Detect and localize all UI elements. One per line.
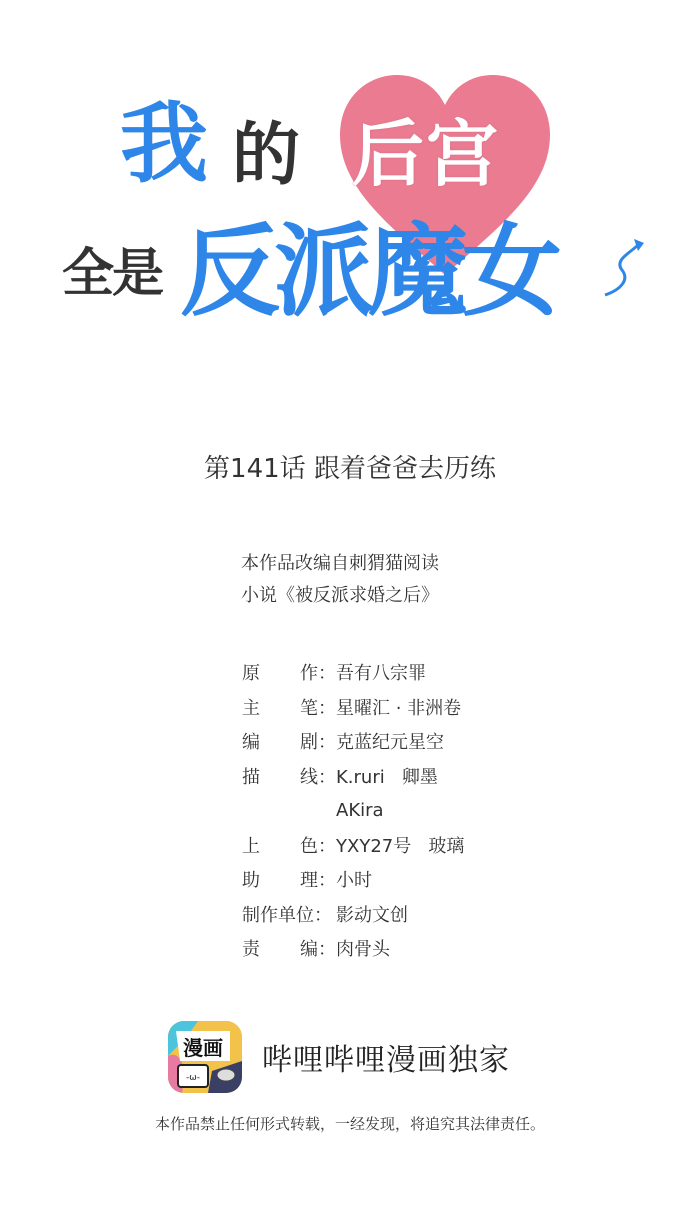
credit-label: 主笔： bbox=[242, 694, 336, 720]
devil-tail-icon bbox=[600, 235, 650, 305]
credit-label: 编剧： bbox=[242, 728, 336, 754]
credit-value: AKira bbox=[336, 800, 384, 821]
credit-label: 上色： bbox=[242, 832, 336, 858]
svg-text:漫画: 漫画 bbox=[183, 1036, 223, 1060]
credit-value: 吾有八宗罪 bbox=[336, 659, 426, 685]
credit-row: 制作单位： 影动文创 bbox=[242, 897, 464, 932]
credit-value: YXY27号 玻璃 bbox=[336, 832, 464, 858]
credit-row: 责编： 肉骨头 bbox=[242, 931, 464, 966]
credit-row: 描线： K.ruri 卿墨 bbox=[242, 759, 464, 794]
credit-row-continued: AKira bbox=[242, 793, 464, 828]
logo-heart-text: 后宫 bbox=[352, 118, 500, 190]
logo-fanpai-monv: 反派魔女 bbox=[180, 222, 556, 322]
logo-char-de: 的 bbox=[232, 122, 300, 190]
credit-value: 小时 bbox=[336, 866, 372, 892]
credit-label: 描线： bbox=[242, 763, 336, 789]
credit-value: 肉骨头 bbox=[336, 935, 390, 961]
source-line-1: 本作品改编自刺猬猫阅读 bbox=[241, 548, 439, 580]
credit-row: 主笔： 星曜汇 · 非洲卷 bbox=[242, 690, 464, 725]
credit-label: 制作单位： bbox=[242, 901, 336, 927]
credit-label: 助理： bbox=[242, 866, 336, 892]
publisher-brand: 漫画 -ω- 哔哩哔哩漫画独家 bbox=[168, 1021, 510, 1093]
logo-char-wo: 我 bbox=[120, 100, 206, 188]
credit-label: 责编： bbox=[242, 935, 336, 961]
credit-value: 影动文创 bbox=[336, 901, 408, 927]
copyright-notice: 本作品禁止任何形式转载，一经发现，将追究其法律责任。 bbox=[0, 1113, 700, 1134]
credits-list: 原作： 吾有八宗罪 主笔： 星曜汇 · 非洲卷 编剧： 克蓝纪元星空 描线： K… bbox=[242, 655, 464, 966]
chapter-title: 第141话 跟着爸爸去历练 bbox=[0, 448, 700, 485]
credit-row: 助理： 小时 bbox=[242, 862, 464, 897]
logo-quanshi: 全是 bbox=[62, 248, 162, 300]
credit-value: 星曜汇 · 非洲卷 bbox=[336, 694, 461, 720]
bilibili-comics-app-icon: 漫画 -ω- bbox=[168, 1021, 242, 1093]
publisher-name: 哔哩哔哩漫画独家 bbox=[262, 1035, 510, 1079]
svg-text:-ω-: -ω- bbox=[186, 1073, 200, 1083]
source-info: 本作品改编自刺猬猫阅读 小说《被反派求婚之后》 bbox=[241, 548, 439, 612]
comic-title-logo: 我 的 后宫 全是 反派魔女 bbox=[0, 0, 700, 360]
credit-row: 编剧： 克蓝纪元星空 bbox=[242, 724, 464, 759]
credit-label: 原作： bbox=[242, 659, 336, 685]
credit-row: 原作： 吾有八宗罪 bbox=[242, 655, 464, 690]
credit-value: K.ruri 卿墨 bbox=[336, 763, 438, 789]
credit-row: 上色： YXY27号 玻璃 bbox=[242, 828, 464, 863]
credit-value: 克蓝纪元星空 bbox=[336, 728, 444, 754]
source-line-2: 小说《被反派求婚之后》 bbox=[241, 580, 439, 612]
